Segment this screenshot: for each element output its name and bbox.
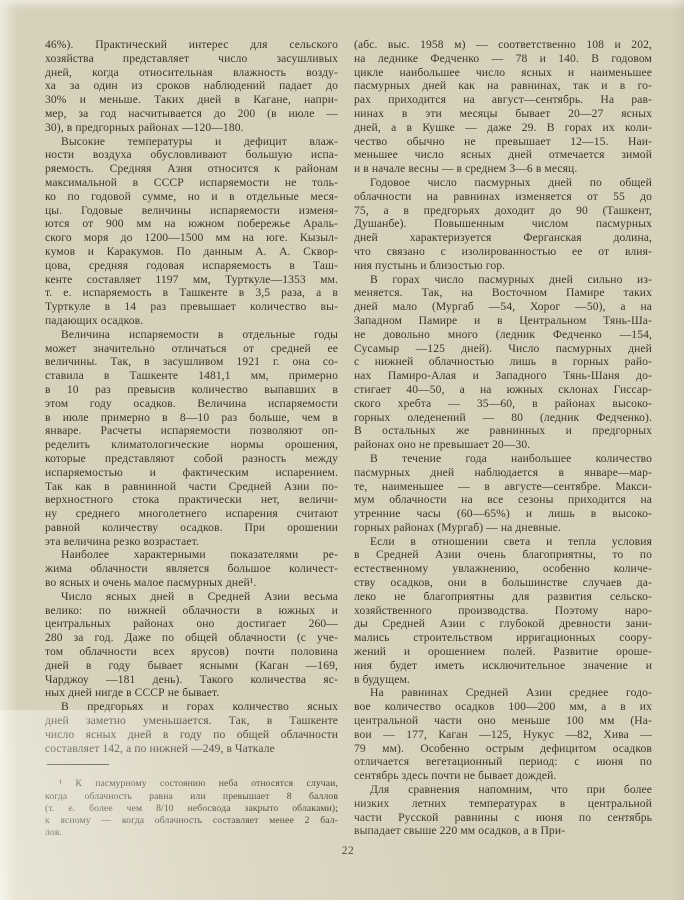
text-line: пасмурных дней как на равнинах, так и в … xyxy=(354,79,652,93)
text-line: 30% и меньше. Таких дней в Кагане, напри… xyxy=(45,93,338,107)
text-line: ния будет иметь исключительное значение … xyxy=(354,659,652,673)
text-line: Чарджоу —181 день). Такого количества яс… xyxy=(45,673,338,687)
text-line: с нижней облачностью лишь в горных райо- xyxy=(354,355,652,369)
text-line: Годовое число пасмурных дней по общей xyxy=(354,176,652,190)
text-line: хозяйственного производства. Поэтому нар… xyxy=(354,604,652,618)
text-line: дней, когда относительная влажность возд… xyxy=(45,66,338,80)
text-line: леко не благоприятны для развития сельск… xyxy=(354,590,652,604)
text-line: величины. Так, в засушливом 1921 г. она … xyxy=(45,355,338,369)
text-line: вои — 177, Каган —125, Нукус —82, Хива — xyxy=(354,728,652,742)
text-line: В предгорьях и горах количество ясных xyxy=(45,700,338,714)
text-line: во ясных и очень малое пасмурных дней¹. xyxy=(45,576,338,590)
text-line: ко по годовой сумме, но и в отдельные ме… xyxy=(45,190,338,204)
page-edge-top xyxy=(0,0,684,10)
text-line: ставила в Ташкенте 1481,1 мм, примерно xyxy=(45,369,338,383)
text-line: Если в отношении света и тепла условия xyxy=(354,535,652,549)
text-line: когда облачность равна или превышает 8 б… xyxy=(45,791,338,803)
text-line: ¹ К пасмурному состоянию неба относятся … xyxy=(45,778,338,790)
text-line: естественному увлажнению, особенно колич… xyxy=(354,562,652,576)
book-page: 46%). Практический интерес для сельского… xyxy=(0,0,684,900)
text-line: жений и орошением полей. Развитие ороше- xyxy=(354,645,652,659)
footnote-body: ¹ К пасмурному состоянию неба относятся … xyxy=(45,778,338,838)
text-line: Величина испаряемости в отдельные годы xyxy=(45,328,338,342)
text-line: ского хребта — 35—60, в районах высоко- xyxy=(354,397,652,411)
text-line: В остальных же равнинных и предгорных xyxy=(354,424,652,438)
text-line: утренние часы (60—65%) и лишь в высоко- xyxy=(354,507,652,521)
text-line: В горах число пасмурных дней сильно из- xyxy=(354,273,652,287)
text-line: эта величина резко возрастает. xyxy=(45,535,338,549)
text-line: Западном Памире и в Центральном Тянь-Ша- xyxy=(354,314,652,328)
text-line: в июле примерно в 8—10 раз больше, чем в xyxy=(45,411,338,425)
text-line: чество обычно не превышает 12—15. Наи- xyxy=(354,135,652,149)
text-line: мались строительством ирригационных соор… xyxy=(354,631,652,645)
text-line: январе. Расчеты испаряемости позволяют о… xyxy=(45,424,338,438)
text-line: (абс. выс. 1958 м) — соответственно 108 … xyxy=(354,38,652,52)
text-line: в будущем. xyxy=(354,673,652,687)
text-line: отличается вегетационный период: с июня … xyxy=(354,755,652,769)
text-line: кенте составляет 1197 мм, Турткуле—1353 … xyxy=(45,273,338,287)
text-line: 46%). Практический интерес для сельского xyxy=(45,38,338,52)
page-edge-left xyxy=(0,0,18,900)
text-line: рах приходится на август—сентябрь. На ра… xyxy=(354,93,652,107)
text-line: 79 мм). Особенно острым дефицитом осадко… xyxy=(354,742,652,756)
text-line: цова, средняя годовая испаряемость в Таш… xyxy=(45,259,338,273)
text-line: те, наименьшее — в августе—сентябре. Мак… xyxy=(354,480,652,494)
text-line: ству осадков, они в большинстве случаев … xyxy=(354,576,652,590)
text-line: На равнинах Средней Азии среднее годо- xyxy=(354,686,652,700)
text-line: ряемость. Средняя Азия относится к район… xyxy=(45,162,338,176)
text-line: может значительно отличаться от средней … xyxy=(45,342,338,356)
text-line: т. е. испаряемость в Ташкенте в 3,5 раза… xyxy=(45,286,338,300)
text-line: районах оно не превышает 20—30. xyxy=(354,438,652,452)
text-line: Высокие температуры и дефицит влаж- xyxy=(45,135,338,149)
text-line: ности воздуха обусловливают большую испа… xyxy=(45,148,338,162)
text-line: Турткуле в 14 раз превышает количество в… xyxy=(45,300,338,314)
text-line: ределить климатологические нормы орошени… xyxy=(45,438,338,452)
text-line: цикле наибольшее число ясных и наименьше… xyxy=(354,66,652,80)
text-line: падающих осадков. xyxy=(45,314,338,328)
text-line: низких летних температурах в центральной xyxy=(354,797,652,811)
text-line: горных районах (Мургаб) — на дневные. xyxy=(354,521,652,535)
text-line: в Средней Азии очень благоприятны, то по xyxy=(354,548,652,562)
text-line: мер, за год насчитывается до 200 (в июле… xyxy=(45,107,338,121)
text-line: к ясному — когда облачность составляет м… xyxy=(45,815,338,827)
text-line: кумов и Каракумов. По данным А. А. Сквор… xyxy=(45,245,338,259)
text-line: и в начале весны — в среднем 3—6 в месяц… xyxy=(354,162,652,176)
text-line: дней в году бывает ясными (Каган —169, xyxy=(45,659,338,673)
text-line: ского моря до 1200—1500 мм на юге. Кызыл… xyxy=(45,231,338,245)
text-line: В течение года наибольшее количество xyxy=(354,452,652,466)
text-line: дней мало (Мургаб —54, Хорог —50), а на xyxy=(354,300,652,314)
text-line: нинах в эти месяцы бывает 20—27 ясных xyxy=(354,107,652,121)
text-line: Сусамыр —125 дней). Число пасмурных дней xyxy=(354,342,652,356)
text-line: на леднике Федченко — 78 и 140. В годово… xyxy=(354,52,652,66)
text-line: верхностного стока практически нет, вели… xyxy=(45,493,338,507)
text-line: центральных районах оно достигает 260— xyxy=(45,617,338,631)
text-line: Душанбе). Повышенным числом пасмурных xyxy=(354,217,652,231)
text-line: жима облачности является большое количес… xyxy=(45,562,338,576)
text-line: хозяйства представляет число засушливых xyxy=(45,52,338,66)
text-line: Так как в равнинной части Средней Азии п… xyxy=(45,480,338,494)
column-right-body: (абс. выс. 1958 м) — соответственно 108 … xyxy=(354,38,652,838)
text-line: меняется. Так, на Восточном Памире таких xyxy=(354,286,652,300)
footnote: ¹ К пасмурному состоянию неба относятся … xyxy=(45,764,338,838)
text-line: Наиболее характерными показателями ре- xyxy=(45,548,338,562)
text-column-left: 46%). Практический интерес для сельского… xyxy=(45,38,338,839)
text-line: меньшее число ясных дней отмечается зимо… xyxy=(354,148,652,162)
text-line: том облачности всех ярусов) почти полови… xyxy=(45,645,338,659)
text-column-right: (абс. выс. 1958 м) — соответственно 108 … xyxy=(354,38,652,838)
text-line: 75, а в предгорьях доходит до 90 (Ташкен… xyxy=(354,204,652,218)
text-line: 30), в предгорных районах —120—180. xyxy=(45,121,338,135)
text-line: ну среднего многолетнего испарения счита… xyxy=(45,507,338,521)
text-line: мум облачности на все сезоны приходится … xyxy=(354,493,652,507)
text-line: сентябрь здесь почти не бывает дождей. xyxy=(354,769,652,783)
text-line: не довольно много (ледник Федченко —154, xyxy=(354,328,652,342)
text-line: выпадает свыше 220 мм осадков, а в При- xyxy=(354,824,652,838)
text-line: пасмурных дней наблюдается в январе—мар- xyxy=(354,466,652,480)
text-line: цы. Годовые величины испаряемости изменя… xyxy=(45,204,338,218)
text-line: ных дней нигде в СССР не бывает. xyxy=(45,686,338,700)
text-line: Для сравнения напомним, что при более xyxy=(354,783,652,797)
text-line: Число ясных дней в Средней Азии весьма xyxy=(45,590,338,604)
text-line: которые представляют собой разность межд… xyxy=(45,452,338,466)
text-line: дней заметно уменьшается. Так, в Ташкент… xyxy=(45,714,338,728)
page-number: 22 xyxy=(6,845,684,857)
text-line: испаряемостью и фактическим испарением. xyxy=(45,466,338,480)
text-line: лов. xyxy=(45,827,338,839)
text-line: горных оледенений — 80 (ледник Федченко)… xyxy=(354,411,652,425)
text-line: ются от 900 мм на южном побережье Араль- xyxy=(45,217,338,231)
text-line: максимальной в СССР испаряемости не толь… xyxy=(45,176,338,190)
text-line: дней характеризуется Ферганская долина, xyxy=(354,231,652,245)
text-line: этом году осадков. Величина испаряемости xyxy=(45,397,338,411)
column-left-body: 46%). Практический интерес для сельского… xyxy=(45,38,338,755)
text-line: (т. е. более чем 8/10 небосвода закрыто … xyxy=(45,803,338,815)
footnote-rule xyxy=(47,764,109,765)
text-line: стигает 40—50, а на южных склонах Гиссар… xyxy=(354,383,652,397)
text-line: число ясных дней в году по общей облачно… xyxy=(45,728,338,742)
text-line: нах Памиро-Алая и Западного Тянь-Шаня до… xyxy=(354,369,652,383)
text-line: равной количеству осадков. При орошении xyxy=(45,521,338,535)
text-line: ды Средней Азии с глубокой древности зан… xyxy=(354,617,652,631)
page-edge-right xyxy=(670,0,684,900)
text-line: что связано с изолированностью ее от вли… xyxy=(354,245,652,259)
text-line: облачности на равнинах изменяется от 55 … xyxy=(354,190,652,204)
text-line: вое количество осадков 100—200 мм, а в и… xyxy=(354,700,652,714)
text-line: центральной части оно меньше 100 мм (На- xyxy=(354,714,652,728)
text-line: дней, а в Кушке — даже 29. В горах их ко… xyxy=(354,121,652,135)
text-line: части Русской равнины с июня по сентябрь xyxy=(354,811,652,825)
text-line: велико: по нижней облачности в южных и xyxy=(45,604,338,618)
text-line: 280 за год. Даже по общей облачности (с … xyxy=(45,631,338,645)
text-line: составляет 142, а по нижней —249, в Чатк… xyxy=(45,742,338,756)
text-line: в 10 раз превысив количество выпавших в xyxy=(45,383,338,397)
text-line: ния пустынь и близостью гор. xyxy=(354,259,652,273)
text-line: ха за один из сроков наблюдений падает д… xyxy=(45,79,338,93)
